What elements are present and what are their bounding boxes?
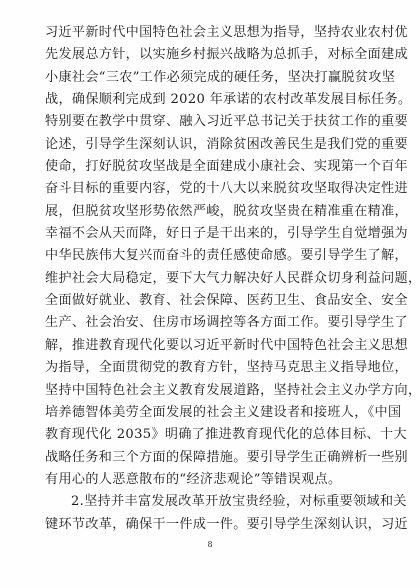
text-line: 先发展总方针，以实施乡村振兴战略为总抓手，对标全面建成	[45, 44, 372, 66]
body-text: 习近平新时代中国特色社会主义思想为指导，坚持农业农村优 先发展总方针，以实施乡村…	[45, 22, 372, 536]
text-line: 战略任务和三个方面的保障措施。要引导学生正确辨析一些别	[45, 447, 372, 469]
text-line: 幸福不会从天而降，好日子是干出来的，引导学生自觉增强为	[45, 223, 372, 245]
text-line: 使命，打好脱贫攻坚战是全面建成小康社会、实现第一个百年	[45, 156, 372, 178]
text-line: 键环节改革，确保干一件成一件。要引导学生深刻认识，习近	[45, 514, 372, 536]
page-number: 8	[0, 540, 420, 549]
text-line: 奋斗目标的重要内容，党的十八大以来脱贫攻坚取得决定性进	[45, 178, 372, 200]
text-line: 为指导，全面贯彻党的教育方针，坚持马克思主义指导地位，	[45, 357, 372, 379]
text-line: 小康社会“三农”工作必须完成的硬任务，坚决打赢脱贫攻坚	[45, 67, 372, 89]
text-line: 培养德智体美劳全面发展的社会主义建设者和接班人，《中国	[45, 402, 372, 424]
text-line: 生产、社会治安、住房市场调控等各方面工作。要引导学生了	[45, 312, 372, 334]
text-line: 展，但脱贫攻坚形势依然严峻，脱贫攻坚贵在精准重在精准，	[45, 201, 372, 223]
text-line: 维护社会大局稳定，要下大气力解决好人民群众切身利益问题，	[45, 268, 372, 290]
text-line: 战，确保顺利完成到 2020 年承诺的农村改革发展目标任务。	[45, 89, 372, 111]
text-line: 习近平新时代中国特色社会主义思想为指导，坚持农业农村优	[45, 22, 372, 44]
text-line: 中华民族伟大复兴而奋斗的责任感使命感。要引导学生了解，	[45, 245, 372, 267]
document-page: 习近平新时代中国特色社会主义思想为指导，坚持农业农村优 先发展总方针，以实施乡村…	[0, 0, 420, 588]
text-line: 解，推进教育现代化要以习近平新时代中国特色社会主义思想	[45, 335, 372, 357]
text-line: 坚持中国特色社会主义教育发展道路，坚持社会主义办学方向，	[45, 380, 372, 402]
text-line: 教育现代化 2035》明确了推进教育现代化的总体目标、十大	[45, 424, 372, 446]
section-heading-line: 2.坚持并丰富发展改革开放宝贵经验，对标重要领域和关	[45, 491, 372, 513]
text-line: 全面做好就业、教育、社会保障、医药卫生、食品安全、安全	[45, 290, 372, 312]
text-line: 有用心的人恶意散布的“经济悲观论”等错误观点。	[45, 469, 372, 491]
text-line: 特别要在教学中贯穿、融入习近平总书记关于扶贫工作的重要	[45, 111, 372, 133]
text-line: 论述，引导学生深刻认识，消除贫困改善民生是我们党的重要	[45, 134, 372, 156]
